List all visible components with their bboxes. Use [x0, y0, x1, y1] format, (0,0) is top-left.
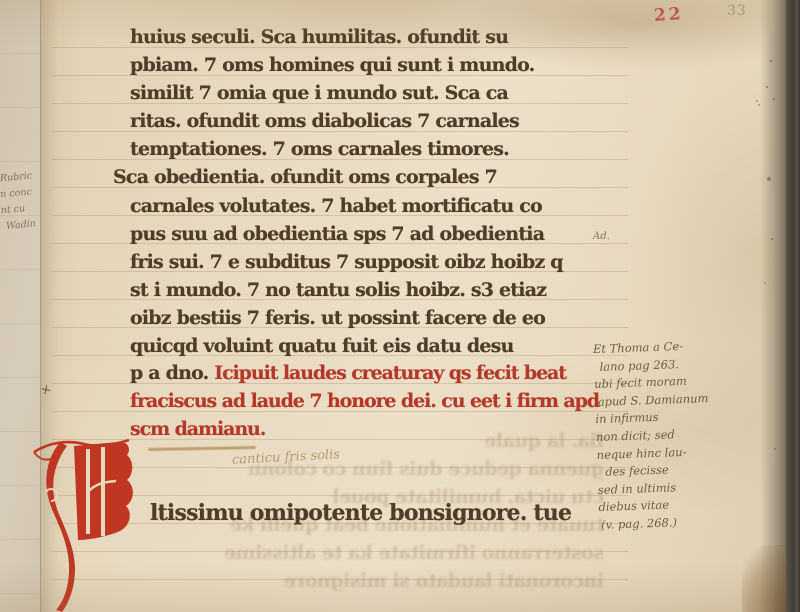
text-line: quicqd voluint quatu fuit eis datu desu	[130, 335, 563, 363]
incipit-line: p a dno. Icipuit laudes creaturay qs fec…	[130, 362, 566, 390]
text-line: similit 7 omia que i mundo sut. Sca ca	[130, 82, 563, 110]
text-line: fris sui. 7 e subditus 7 supposit oibz h…	[130, 251, 563, 279]
manuscript-page: fia. la qualeguenna qeduce duis fiun co …	[0, 0, 800, 612]
gutter-shadow	[40, 0, 80, 612]
rubric-underline	[148, 446, 256, 451]
text-line: pbiam. 7 oms homines qui sunt i mundo.	[130, 54, 563, 82]
ghost-line: guenna qeduce duis fiun co colonn	[138, 458, 604, 486]
canticle-first-line: ltissimu omipotente bonsignore. tue	[150, 500, 571, 526]
text-line: temptationes. 7 oms carnales timores.	[130, 138, 563, 166]
text-line: oibz bestiis 7 feris. ut possint facere …	[130, 307, 563, 335]
text-line: huius seculi. Sca humilitas. ofundit su	[130, 26, 563, 54]
text-line: Sca obedientia. ofundit oms corpales 7	[113, 166, 563, 194]
right-margin-annotation: Et Thoma a Ce-lano pag 263.ubi fecit mor…	[593, 335, 772, 534]
incipit-black-text: p a dno.	[130, 362, 214, 384]
decorated-initial-A	[30, 436, 142, 612]
rubric-line: scm damianu.	[130, 418, 265, 440]
left-margin-fragments: Rubricm concnt cuWadin	[0, 165, 77, 235]
ghost-line: incoronati laudato si misignore	[138, 570, 604, 598]
folio-number-red: 22	[653, 4, 684, 26]
incipit-rubric-text: Icipuit laudes creaturay qs fecit beat	[214, 362, 566, 384]
interlinear-note: canticu fris solis	[232, 447, 341, 468]
main-text-block: huius seculi. Sca humilitas. ofundit sup…	[130, 26, 563, 363]
page-edge-dark	[786, 0, 800, 612]
rubric-line: fraciscus ad laude 7 honore dei. cu eet …	[130, 390, 599, 412]
text-line: st i mundo. 7 no tantu solis hoibz. s3 e…	[130, 279, 563, 307]
text-line: ritas. ofundit oms diabolicas 7 carnales	[130, 110, 563, 138]
margin-cross-mark: +	[38, 381, 53, 399]
text-line: pus suu ad obedientia sps 7 ad obedienti…	[130, 223, 563, 251]
previous-leaf-ruling	[0, 0, 40, 612]
corner-stain	[742, 545, 800, 612]
ghost-line: sosterranno ifirmitate ka te altissime	[138, 542, 604, 570]
text-line: carnales volutates. 7 habet mortificatu …	[130, 195, 563, 223]
margin-note-ad: Ad.	[593, 231, 610, 242]
edge-speckles	[770, 60, 772, 62]
previous-leaf-edge	[0, 0, 41, 612]
folio-number-faint: 33	[727, 3, 747, 19]
